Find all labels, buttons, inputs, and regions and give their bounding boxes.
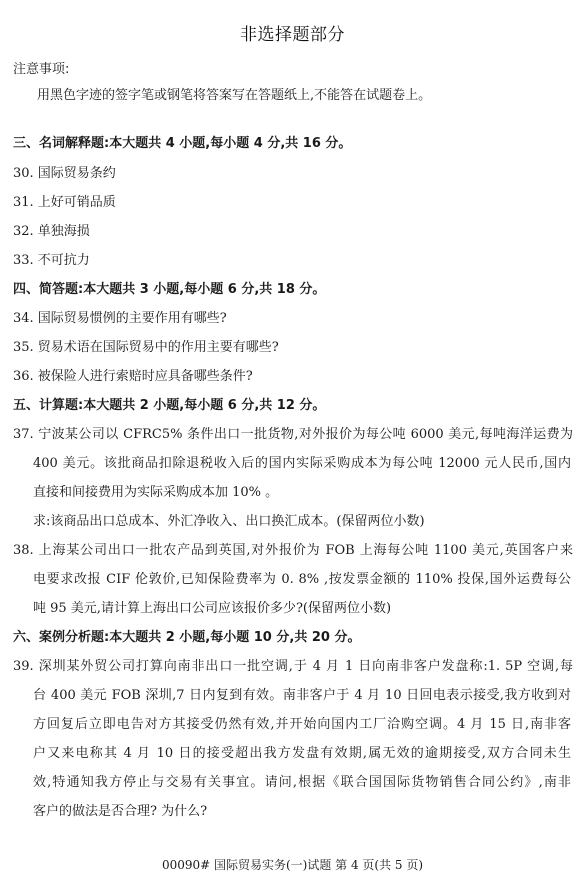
question-33: 33. 不可抗力 [13, 253, 90, 269]
question-35: 35. 贸易术语在国际贸易中的作用主要有哪些? [13, 340, 279, 356]
section-heading-5: 五、计算题:本大题共 2 小题,每小题 6 分,共 12 分。 [13, 398, 325, 414]
question-39-line-4: 户又来电称其 4 月 10 日的接受超出我方发盘有效期,属无效的逾期接受,双方合… [33, 746, 571, 762]
question-39-line-3: 方回复后立即电告对方其接受仍然有效,并开始向国内工厂洽购空调。4 月 15 日,… [33, 717, 571, 733]
question-39-line-2: 台 400 美元 FOB 深圳,7 日内复到有效。南非客户于 4 月 10 日回… [33, 688, 571, 704]
question-31: 31. 上好可销品质 [13, 195, 116, 211]
page-footer: 00090# 国际贸易实务(一)试题 第 4 页(共 5 页) [0, 856, 585, 873]
question-38-line-1: 38. 上海某公司出口一批农产品到英国,对外报价为 FOB 上海每公吨 1100… [13, 543, 573, 559]
question-37-line-1: 37. 宁波某公司以 CFRC5% 条件出口一批货物,对外报价为每公吨 6000… [13, 427, 573, 443]
question-36: 36. 被保险人进行索赔时应具备哪些条件? [13, 369, 253, 385]
question-30: 30. 国际贸易条约 [13, 166, 116, 182]
section-heading-6: 六、案例分析题:本大题共 2 小题,每小题 10 分,共 20 分。 [13, 630, 360, 646]
notice-label: 注意事项: [13, 62, 69, 78]
section-heading-4: 四、简答题:本大题共 3 小题,每小题 6 分,共 18 分。 [13, 282, 325, 298]
question-37-line-3: 直接和间接费用为实际采购成本加 10% 。 [33, 485, 278, 501]
question-39-line-1: 39. 深圳某外贸公司打算向南非出口一批空调,于 4 月 1 日向南非客户发盘称… [13, 659, 573, 675]
question-39-line-5: 效,特通知我方停止与交易有关事宜。请问,根据《联合国国际货物销售合同公约》,南非 [33, 775, 571, 791]
question-37-line-2: 400 美元。该批商品扣除退税收入后的国内实际采购成本为每公吨 12000 元人… [33, 456, 571, 472]
page-title: 非选择题部分 [0, 20, 585, 45]
question-38-line-3: 吨 95 美元,请计算上海出口公司应该报价多少?(保留两位小数) [33, 601, 391, 617]
question-37-line-4: 求:该商品出口总成本、外汇净收入、出口换汇成本。(保留两位小数) [33, 514, 425, 530]
question-38-line-2: 电要求改报 CIF 伦敦价,已知保险费率为 0. 8% ,按发票金额的 110%… [33, 572, 571, 588]
exam-page: 非选择题部分 注意事项: 用黑色字迹的签字笔或钢笔将答案写在答题纸上,不能答在试… [0, 0, 585, 885]
question-39-line-6: 客户的做法是否合理? 为什么? [33, 804, 207, 820]
notice-text: 用黑色字迹的签字笔或钢笔将答案写在答题纸上,不能答在试题卷上。 [37, 88, 431, 104]
section-heading-3: 三、名词解释题:本大题共 4 小题,每小题 4 分,共 16 分。 [13, 136, 351, 152]
question-34: 34. 国际贸易惯例的主要作用有哪些? [13, 311, 227, 327]
question-32: 32. 单独海损 [13, 224, 90, 240]
